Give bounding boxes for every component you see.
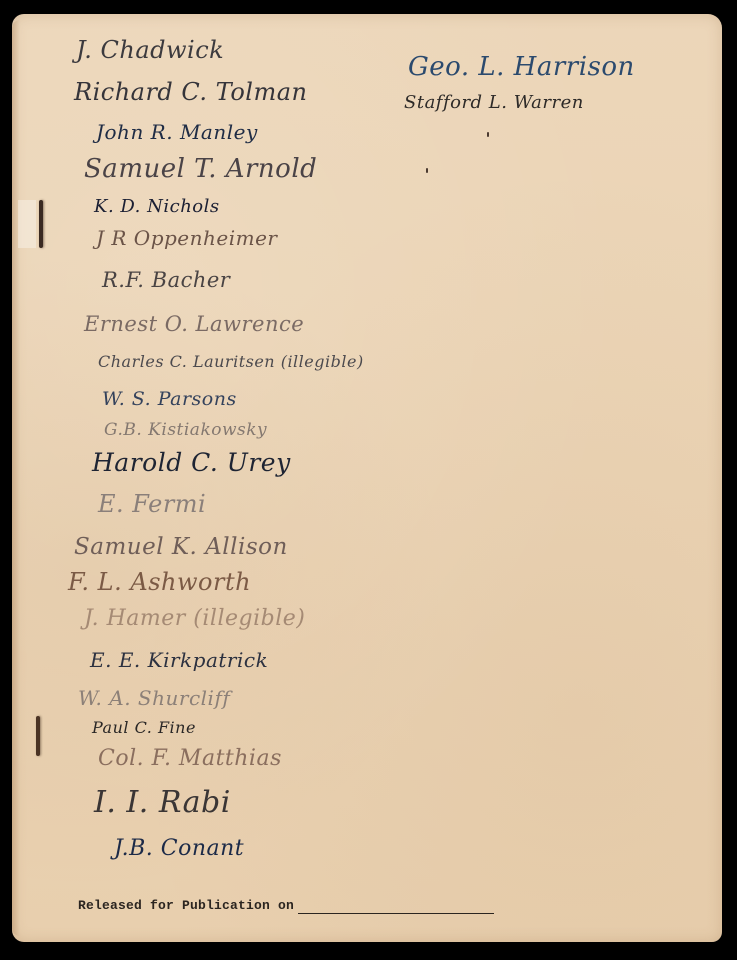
ink-speck [487,132,489,137]
signature: John R. Manley [96,122,258,142]
signature: J. Hamer (illegible) [84,608,305,630]
staple-top [39,200,43,248]
signature: Paul C. Fine [92,720,196,736]
signature: W. A. Shurcliff [78,688,230,708]
signature: W. S. Parsons [102,390,237,409]
signature: Charles C. Lauritsen (illegible) [98,354,364,370]
signature: Stafford L. Warren [404,94,584,112]
staple-bottom [36,716,40,756]
release-label: Released for Publication on [78,898,294,913]
signature: K. D. Nichols [94,198,220,216]
signature: Col. F. Matthias [98,748,282,770]
staple-hole-highlight [18,200,36,248]
signature: E. E. Kirkpatrick [90,650,268,670]
signature: J.B. Conant [114,838,244,860]
ink-speck [426,168,428,173]
signature: G.B. Kistiakowsky [104,422,267,439]
spine-edge [12,20,20,936]
release-date-blank [298,912,494,914]
signature: Ernest O. Lawrence [84,314,304,335]
signature: J. Chadwick [76,38,224,62]
signature: I. I. Rabi [94,788,231,818]
document-cover-page: J. Chadwick Richard C. Tolman John R. Ma… [12,14,722,942]
signature: Geo. L. Harrison [408,54,635,80]
signature: R.F. Bacher [102,270,230,291]
signature: E. Fermi [98,492,206,516]
signature: J R Oppenheimer [96,228,277,248]
signature: Samuel K. Allison [74,536,288,559]
signature: Richard C. Tolman [74,80,307,104]
signature: Harold C. Urey [92,450,291,475]
signature: Samuel T. Arnold [84,156,317,182]
signature: F. L. Ashworth [68,570,251,594]
